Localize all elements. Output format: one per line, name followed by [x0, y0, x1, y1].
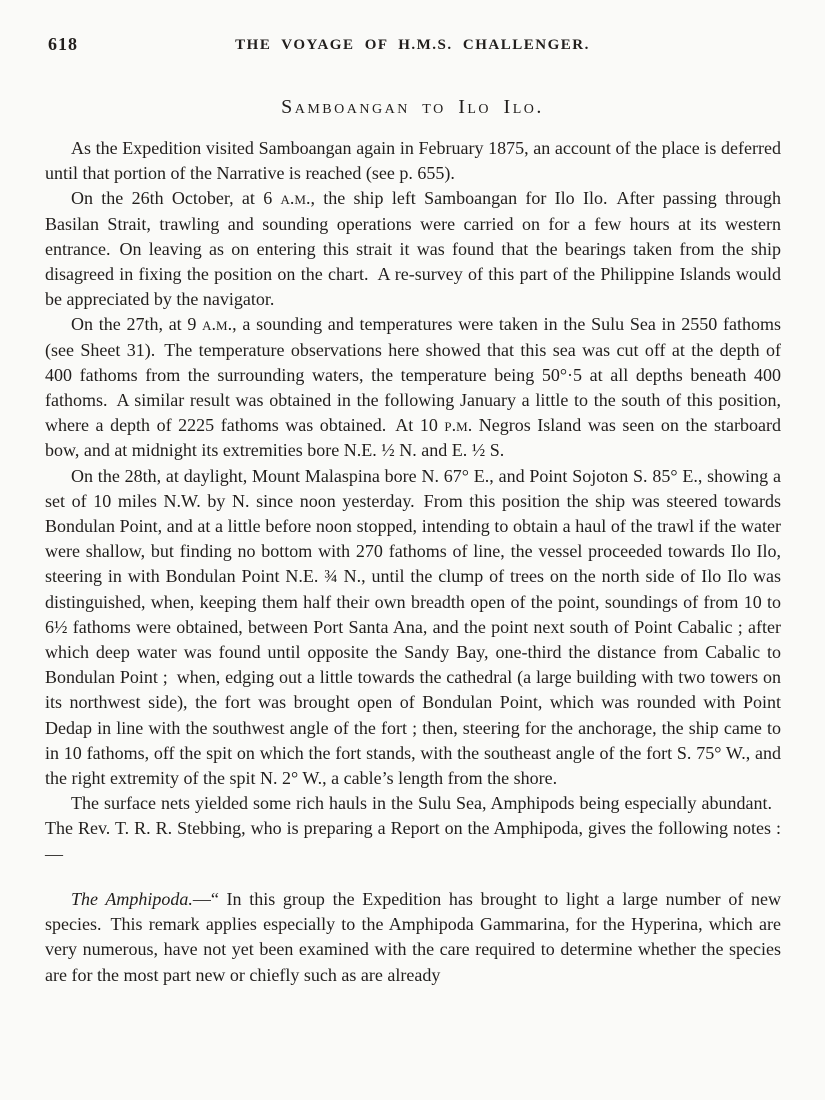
paragraph-amphipoda: The Amphipoda.—“ In this group the Exped… — [45, 887, 781, 988]
book-page: 618 THE VOYAGE OF H.M.S. CHALLENGER. Sam… — [0, 0, 825, 1100]
paragraph-28th-approach: On the 28th, at daylight, Mount Malaspin… — [45, 464, 781, 792]
body-text: As the Expedition visited Samboangan aga… — [45, 136, 781, 988]
section-heading: Samboangan to Ilo Ilo. — [0, 96, 825, 119]
paragraph-surface-nets: The surface nets yielded some rich hauls… — [45, 791, 781, 867]
paragraph-26th-october: On the 26th October, at 6 a.m., the ship… — [45, 186, 781, 312]
running-header: THE VOYAGE OF H.M.S. CHALLENGER. — [0, 37, 825, 54]
paragraph-27th-sounding: On the 27th, at 9 a.m., a sounding and t… — [45, 312, 781, 463]
paragraph-intro: As the Expedition visited Samboangan aga… — [45, 136, 781, 186]
